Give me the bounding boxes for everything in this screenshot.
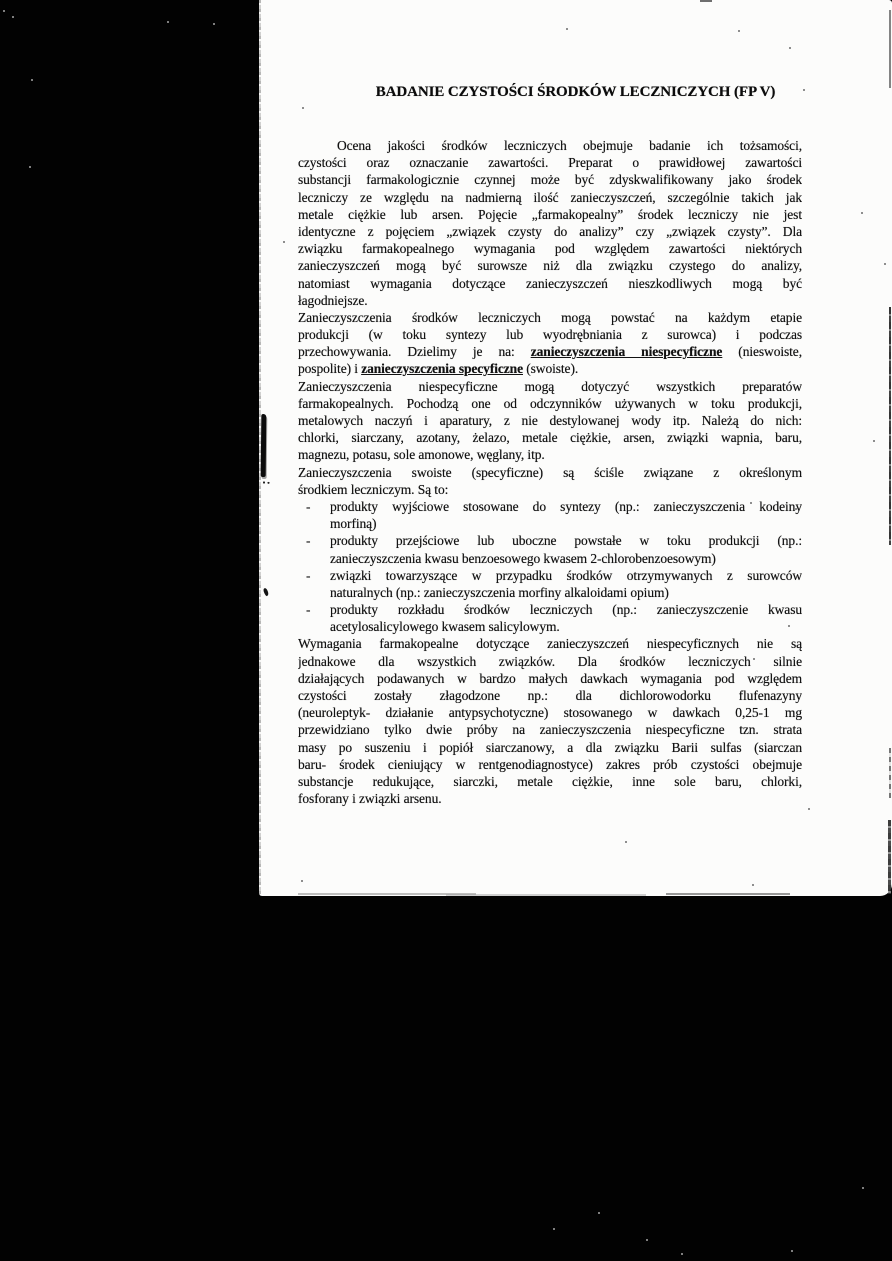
text-run: związki towarzyszące w przypadku środków… (330, 568, 802, 583)
paragraph-intro: Ocena jakości środków leczniczych obejmu… (298, 137, 802, 309)
scan-speck (862, 1187, 864, 1189)
text-line: zanieczyszczenia kwasu benzoesowego kwas… (330, 550, 802, 567)
paragraph-specific-lead: Zanieczyszczenia swoiste (specyficzne) s… (298, 464, 802, 498)
text-run: przechowywania. Dzielimy je na: (298, 344, 531, 359)
scan-speck (553, 1228, 555, 1230)
scan-speck (791, 1250, 793, 1252)
term-specific-impurities: zanieczyszczenia specyficzne (361, 361, 523, 376)
text-line: identyczne z pojęciem „związek czysty do… (298, 223, 802, 240)
text-line: Zanieczyszczenia środków leczniczych mog… (298, 309, 802, 326)
scan-speck (31, 79, 33, 81)
text-run: (swoiste). (523, 361, 578, 376)
text-line: -związki towarzyszące w przypadku środkó… (330, 567, 802, 584)
scan-speck (681, 1253, 683, 1255)
text-line: naturalnych (np.: zanieczyszczenia morfi… (330, 584, 802, 601)
bullet-item-starting-products: -produkty wyjściowe stosowane do syntezy… (298, 498, 802, 532)
scan-speck (3, 10, 5, 12)
text-line: substancje redukujące, siarczki, metale … (298, 773, 802, 790)
text-line: związku farmakopealnego wymagania pod wz… (298, 240, 802, 257)
paragraph-division: Zanieczyszczenia środków leczniczych mog… (298, 309, 802, 378)
scan-canvas: BADANIE CZYSTOŚCI ŚRODKÓW LECZNICZYCH (F… (0, 0, 892, 1261)
text-line: Zanieczyszczenia swoiste (specyficzne) s… (298, 464, 802, 481)
text-line: farmakopealnych. Pochodzą one od odczynn… (298, 395, 802, 412)
text-line: jednakowe dla wszystkich związków. Dla ś… (298, 653, 802, 670)
text-line: przechowywania. Dzielimy je na: zanieczy… (298, 343, 802, 360)
scan-speck (12, 16, 14, 18)
text-line: przewidziano tylko dwie próby na zaniecz… (298, 721, 802, 738)
text-line: fosforany i związki arsenu. (298, 790, 802, 807)
text-line: czystości oraz oznaczanie zawartości. Pr… (298, 154, 802, 171)
text-run: produkty rozkładu środków leczniczych (n… (330, 602, 802, 617)
text-line: zanieczyszczeń mogą być surowsze niż dla… (298, 257, 802, 274)
text-line: leczniczy ze względu na nadmierną ilość … (298, 189, 802, 206)
text-line: czystości zostały złagodzone np.: dla di… (298, 687, 802, 704)
scan-speck (213, 23, 215, 25)
bullet-list: -produkty wyjściowe stosowane do syntezy… (298, 498, 802, 636)
scan-speck (29, 166, 31, 168)
scanned-page: BADANIE CZYSTOŚCI ŚRODKÓW LECZNICZYCH (F… (259, 0, 892, 896)
text-line: masy po suszeniu i popiół siarczanowy, a… (298, 739, 802, 756)
text-line: -produkty przejściowe lub uboczne powsta… (330, 532, 802, 549)
term-nonspecific-impurities: zanieczyszczenia niespecyficzne (531, 344, 723, 359)
text-line: Ocena jakości środków leczniczych obejmu… (298, 137, 802, 154)
scan-speck (598, 1212, 600, 1214)
text-line: produkcji (w toku syntezy lub wyodrębnia… (298, 326, 802, 343)
text-line: działających podawanych w bardzo małych … (298, 670, 802, 687)
text-line: (neuroleptyk- działanie antypsychotyczne… (298, 704, 802, 721)
text-run: pospolite) i (298, 361, 361, 376)
text-line: Zanieczyszczenia niespecyficzne mogą dot… (298, 378, 802, 395)
text-line: baru- środek cieniujący w rentgenodiagno… (298, 756, 802, 773)
text-line: chlorki, siarczany, azotany, żelazo, met… (298, 429, 802, 446)
text-line: pospolite) i zanieczyszczenia specyficzn… (298, 360, 802, 377)
bullet-item-decomposition-products: -produkty rozkładu środków leczniczych (… (298, 601, 802, 635)
paragraph-requirements: Wymagania farmakopealne dotyczące zaniec… (298, 635, 802, 807)
scan-speck (167, 21, 169, 23)
bullet-item-intermediate-products: -produkty przejściowe lub uboczne powsta… (298, 532, 802, 566)
text-line: metale ciężkie lub arsen. Pojęcie „farma… (298, 206, 802, 223)
document-body: Ocena jakości środków leczniczych obejmu… (298, 137, 802, 807)
text-line: -produkty rozkładu środków leczniczych (… (330, 601, 802, 618)
text-run: produkty wyjściowe stosowane do syntezy … (330, 499, 802, 514)
text-line: magnezu, potasu, sole amonowe, węglany, … (298, 446, 802, 463)
paragraph-nonspecific: Zanieczyszczenia niespecyficzne mogą dot… (298, 378, 802, 464)
text-line: morfiną) (330, 515, 802, 532)
text-run: produkty przejściowe lub uboczne powstał… (330, 533, 802, 548)
text-line: środkiem leczniczym. Są to: (298, 481, 802, 498)
text-line: Wymagania farmakopealne dotyczące zaniec… (298, 635, 802, 652)
document-title: BADANIE CZYSTOŚCI ŚRODKÓW LECZNICZYCH (F… (259, 84, 892, 101)
text-line: łagodniejsze. (298, 292, 802, 309)
text-line: natomiast wymagania dotyczące zanieczysz… (298, 275, 802, 292)
text-run: (nieswoiste, (722, 344, 802, 359)
text-line: -produkty wyjściowe stosowane do syntezy… (330, 498, 802, 515)
text-line: acetylosalicylowego kwasem salicylowym. (330, 618, 802, 635)
scan-speck (646, 1239, 648, 1241)
text-line: substancji farmakologicznie czynnej może… (298, 171, 802, 188)
bullet-item-accompanying-compounds: -związki towarzyszące w przypadku środkó… (298, 567, 802, 601)
text-line: metalowych naczyń i aparatury, z nie des… (298, 412, 802, 429)
